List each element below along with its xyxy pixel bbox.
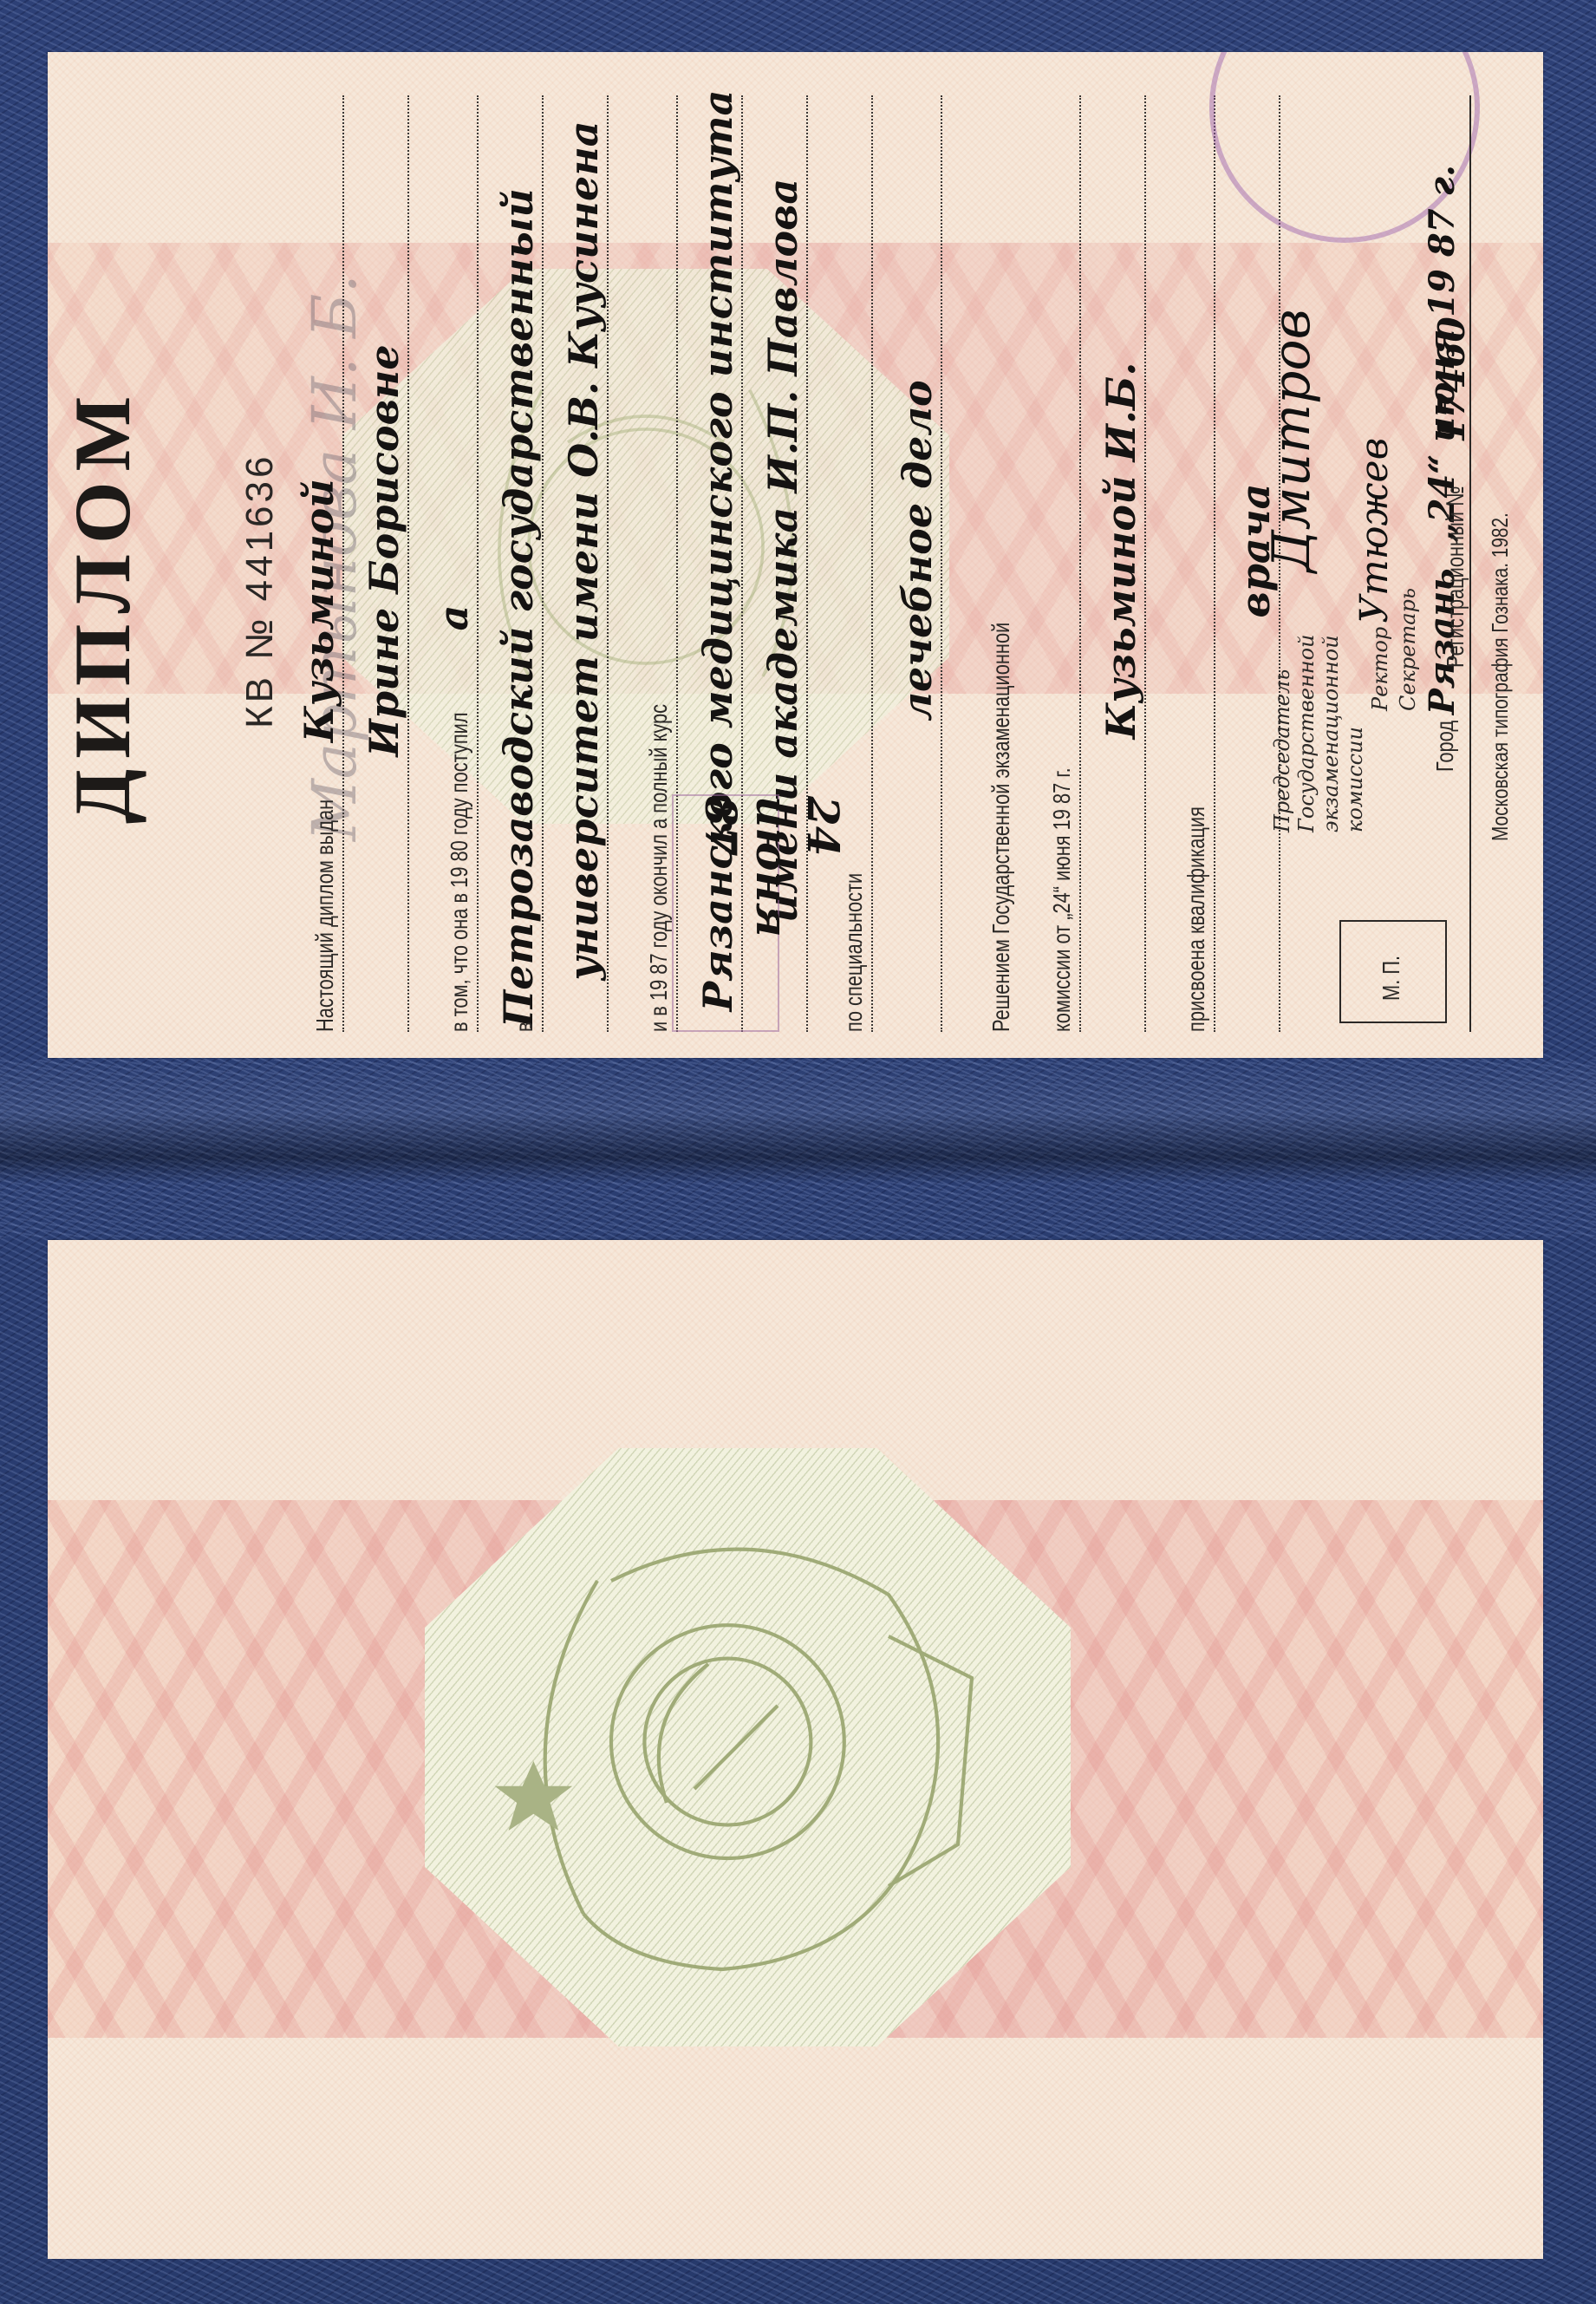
specialty-value: лечебное дело	[894, 380, 941, 721]
university-name: Петрозаводский государственный	[495, 188, 542, 1028]
field-graduated: и в 19 87 году окончил а полный курс	[616, 95, 678, 1032]
serial-number: КВ № 441636	[238, 454, 282, 728]
diploma-inner-page-blank	[48, 1240, 1543, 2259]
diploma-inner-page-text: ДИПЛОМ КВ № 441636 Мартынова И. Б. Насто…	[48, 52, 1543, 1058]
registration-row: Регистрационный № 17460	[1430, 317, 1473, 668]
field-decision: Решением Государственной экзаменационной	[958, 95, 1019, 1032]
printer-imprint: Московская типография Гознака. 1982.	[1487, 512, 1514, 841]
cover-spine	[0, 1060, 1596, 1237]
ussr-emblem-watermark-icon	[455, 1470, 1045, 2025]
chair-signature: Дмитров	[1261, 309, 1322, 572]
rector-signature: Утюжев	[1352, 438, 1397, 623]
holder-surname: Кузьминой	[296, 479, 342, 742]
field-commission-date: комиссии от „24“ июня 19 87 г.	[1019, 95, 1081, 1032]
document-title: ДИПЛОМ	[56, 386, 148, 824]
field-enrolled: в том, что она в 19 80 году поступил а	[416, 95, 479, 1032]
field-holder-name: Ирине Борисовне	[347, 95, 409, 1032]
rector-row: Ректор Утюжев	[1352, 438, 1397, 711]
date-stamp-text: 24 июня 87	[695, 796, 849, 978]
field-issued-to: Настоящий диплом выдан Кузьминой	[282, 95, 344, 1032]
field-graduate-name: Кузьминой И.Б.	[1084, 95, 1146, 1032]
holder-given-name: Ирине Борисовне	[361, 344, 407, 756]
field-university: в Петрозаводский государственный	[481, 95, 544, 1032]
field-university-cont: университет имени О.В. Куусинена	[546, 95, 609, 1032]
registration-number: 17460	[1430, 317, 1473, 443]
field-specialty: лечебное дело	[880, 95, 942, 1032]
seal-place-box: М. П.	[1339, 920, 1447, 1023]
secretary-row: Секретарь	[1396, 588, 1420, 711]
date-stamp-box: 24 июня 87	[672, 794, 779, 1032]
field-qualification-label: присвоена квалификация	[1153, 95, 1215, 1032]
